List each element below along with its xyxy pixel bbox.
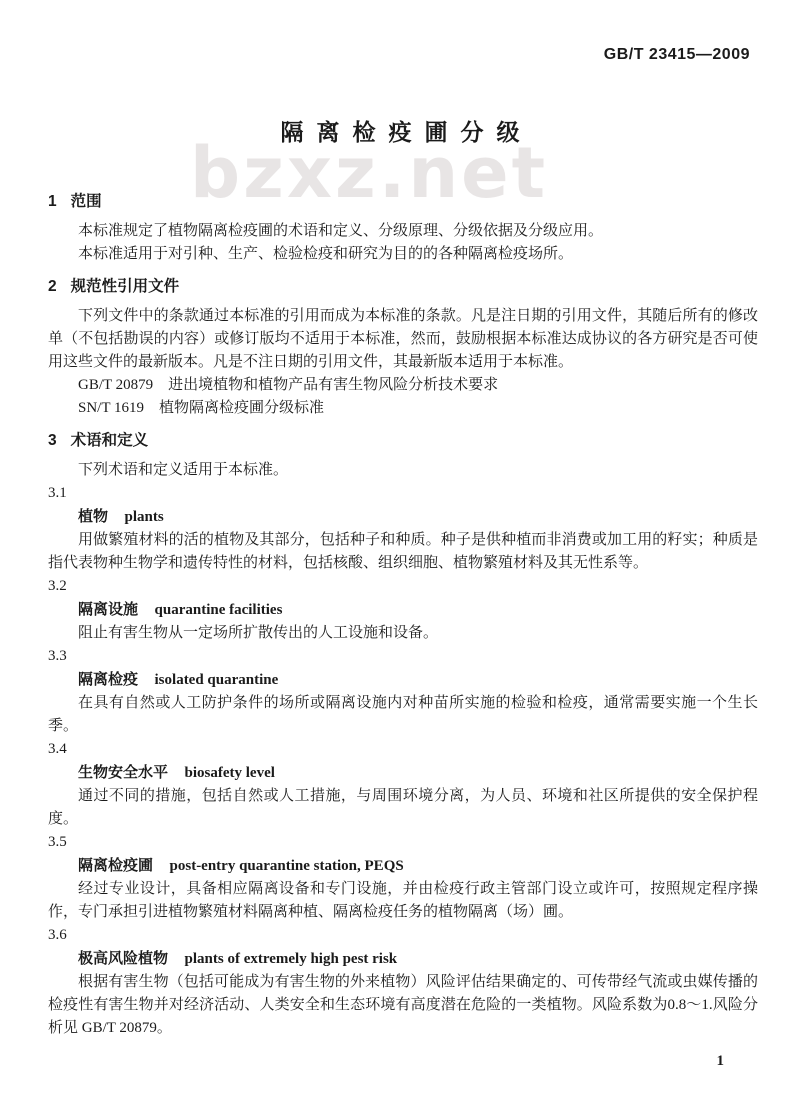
section-number: 2 [48, 278, 57, 295]
reference-item: SN/T 1619 植物隔离检疫圃分级标准 [48, 397, 758, 420]
document-body: 1范围 本标准规定了植物隔离检疫圃的术语和定义、分级原理、分级依据及分级应用。 … [48, 190, 758, 1040]
term-number: 3.1 [48, 482, 758, 505]
term-english: isolated quarantine [155, 672, 279, 688]
term-heading: 隔离检疫isolated quarantine [48, 668, 758, 692]
section-number: 1 [48, 193, 57, 210]
term-number: 3.6 [48, 924, 758, 947]
term-heading: 极高风险植物plants of extremely high pest risk [48, 947, 758, 971]
term-definition: 通过不同的措施，包括自然或人工措施，与周围环境分离，为人员、环境和社区所提供的安… [48, 785, 758, 831]
term-chinese: 生物安全水平 [78, 764, 168, 781]
term-definition: 用做繁殖材料的活的植物及其部分，包括种子和种质。种子是供种植而非消费或加工用的籽… [48, 529, 758, 575]
term-heading: 隔离设施quarantine facilities [48, 598, 758, 622]
paragraph: 本标准规定了植物隔离检疫圃的术语和定义、分级原理、分级依据及分级应用。 [48, 220, 758, 243]
section-title: 范围 [71, 193, 102, 210]
term-chinese: 隔离检疫圃 [78, 857, 153, 874]
term-definition: 阻止有害生物从一定场所扩散传出的人工设施和设备。 [48, 622, 758, 645]
reference-item: GB/T 20879 进出境植物和植物产品有害生物风险分析技术要求 [48, 374, 758, 397]
standard-code: GB/T 23415—2009 [604, 46, 750, 64]
section-title: 规范性引用文件 [71, 278, 180, 295]
term-definition: 在具有自然或人工防护条件的场所或隔离设施内对种苗所实施的检验和检疫，通常需要实施… [48, 692, 758, 738]
section-title: 术语和定义 [71, 432, 149, 449]
term-number: 3.3 [48, 645, 758, 668]
section-number: 3 [48, 432, 57, 449]
term-chinese: 隔离设施 [78, 601, 138, 618]
section-heading-terms-definitions: 3术语和定义 [48, 429, 758, 452]
document-page: bzxz.net GB/T 23415—2009 隔离检疫圃分级 1范围 本标准… [0, 0, 800, 1120]
term-english: biosafety level [185, 765, 275, 781]
term-english: quarantine facilities [155, 602, 283, 618]
section-heading-scope: 1范围 [48, 190, 758, 213]
term-chinese: 隔离检疫 [78, 671, 138, 688]
term-chinese: 极高风险植物 [78, 950, 168, 967]
term-heading: 植物plants [48, 505, 758, 529]
page-number: 1 [717, 1053, 725, 1070]
term-heading: 隔离检疫圃post-entry quarantine station, PEQS [48, 854, 758, 878]
document-title: 隔离检疫圃分级 [0, 114, 800, 147]
paragraph: 下列术语和定义适用于本标准。 [48, 459, 758, 482]
term-number: 3.2 [48, 575, 758, 598]
term-english: plants of extremely high pest risk [185, 951, 398, 967]
term-definition: 根据有害生物（包括可能成为有害生物的外来植物）风险评估结果确定的、可传带经气流或… [48, 971, 758, 1040]
term-number: 3.5 [48, 831, 758, 854]
paragraph: 本标准适用于对引种、生产、检验检疫和研究为目的的各种隔离检疫场所。 [48, 243, 758, 266]
term-number: 3.4 [48, 738, 758, 761]
term-heading: 生物安全水平biosafety level [48, 761, 758, 785]
term-definition: 经过专业设计，具备相应隔离设备和专门设施，并由检疫行政主管部门设立或许可，按照规… [48, 878, 758, 924]
term-english: plants [125, 509, 164, 525]
term-english: post-entry quarantine station, PEQS [170, 858, 404, 874]
term-chinese: 植物 [78, 508, 108, 525]
section-heading-normative-references: 2规范性引用文件 [48, 275, 758, 298]
paragraph: 下列文件中的条款通过本标准的引用而成为本标准的条款。凡是注日期的引用文件，其随后… [48, 305, 758, 374]
